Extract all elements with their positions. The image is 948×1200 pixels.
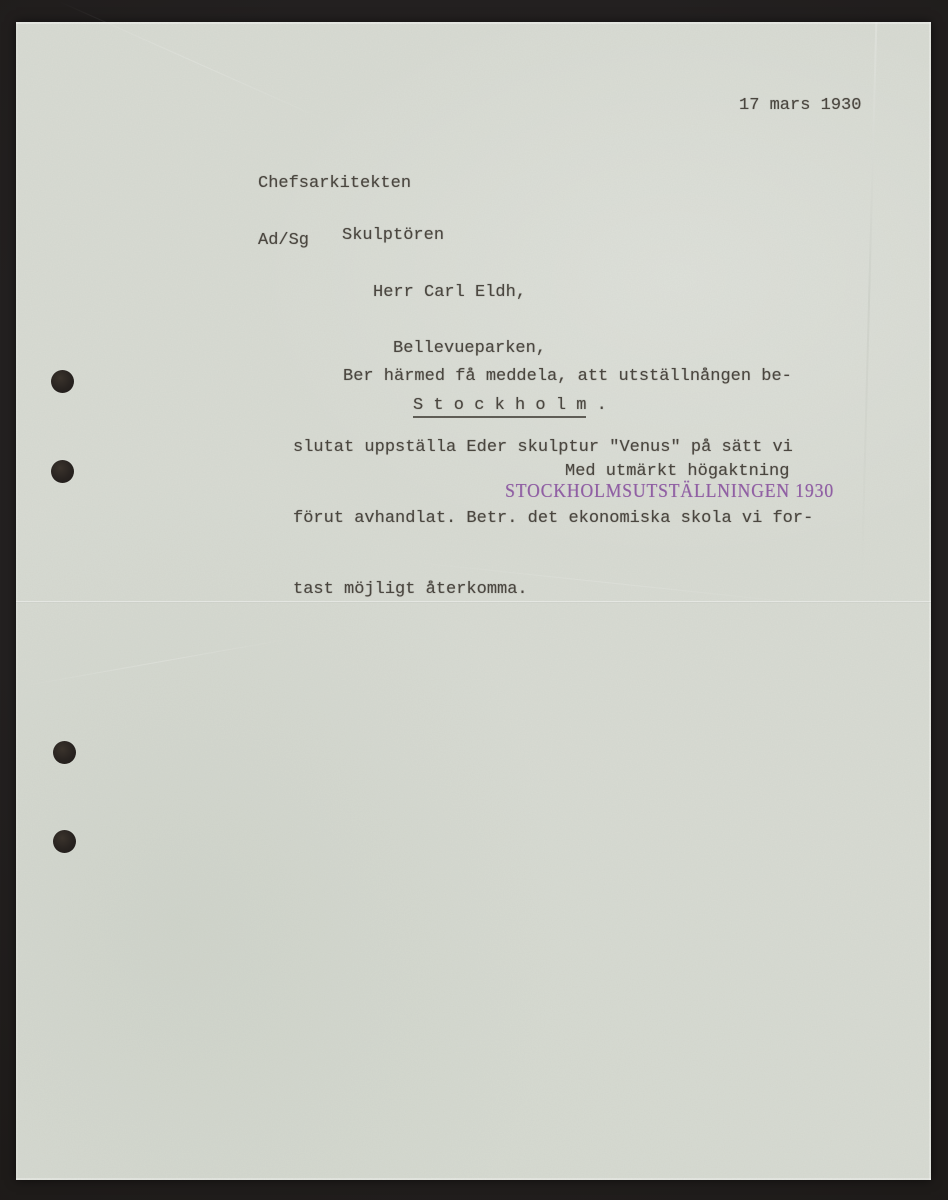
body-line: Ber härmed få meddela, att utställnången… bbox=[293, 360, 813, 393]
letter-page: 17 mars 1930 Chefsarkitekten Ad/Sg Skulp… bbox=[16, 22, 931, 1180]
letter-date: 17 mars 1930 bbox=[739, 96, 861, 115]
recipient-name: Herr Carl Eldh, bbox=[373, 284, 607, 303]
recipient-title: Skulptören bbox=[342, 227, 607, 246]
punch-hole bbox=[53, 741, 76, 764]
diagonal-crease bbox=[59, 1, 333, 124]
organization-stamp: STOCKHOLMSUTSTÄLLNINGEN 1930 bbox=[505, 480, 834, 503]
body-line: tast möjligt återkomma. bbox=[293, 573, 813, 606]
body-line: slutat uppställa Eder skulptur "Venus" p… bbox=[293, 431, 813, 464]
scan-background: 17 mars 1930 Chefsarkitekten Ad/Sg Skulp… bbox=[0, 0, 948, 1200]
body-line: förut avhandlat. Betr. det ekonomiska sk… bbox=[293, 502, 813, 535]
punch-hole bbox=[51, 460, 74, 483]
punch-hole bbox=[51, 370, 74, 393]
vertical-crease bbox=[861, 22, 878, 582]
diagonal-crease bbox=[18, 638, 294, 688]
closing-salutation: Med utmärkt högaktning bbox=[565, 462, 789, 481]
punch-hole bbox=[53, 830, 76, 853]
